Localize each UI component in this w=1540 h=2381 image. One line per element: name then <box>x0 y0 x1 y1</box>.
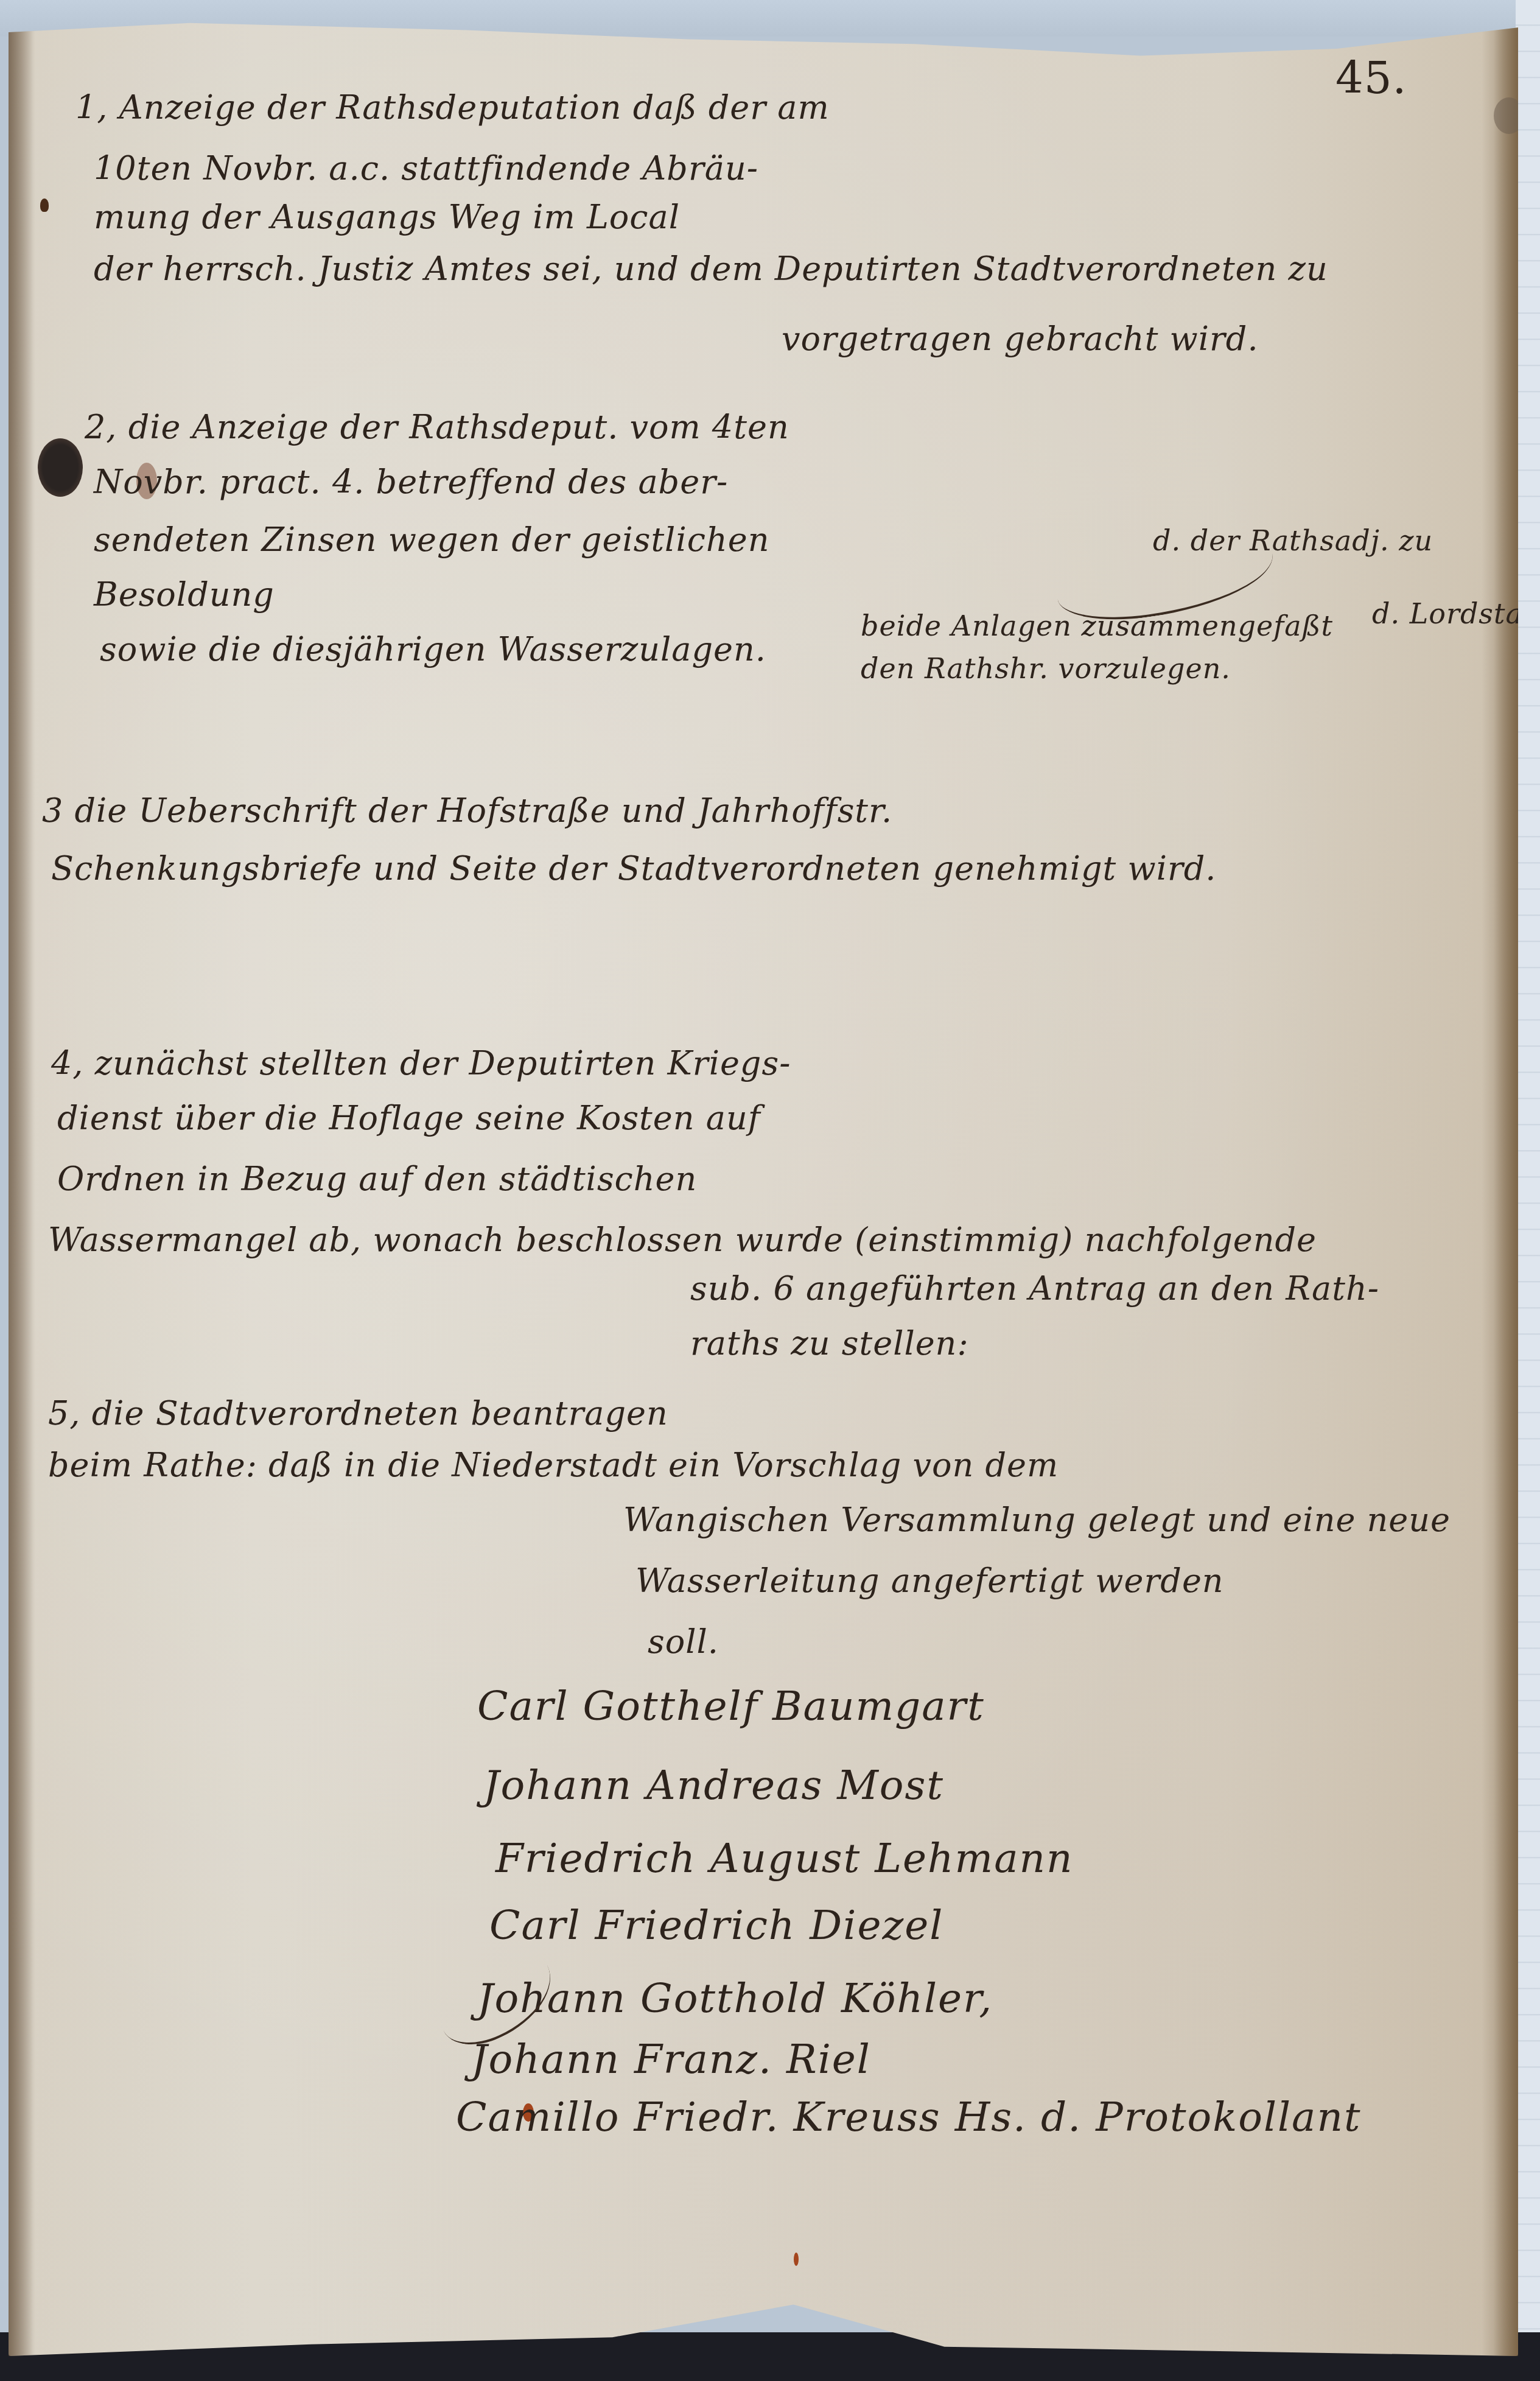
margin-mark <box>40 198 49 212</box>
item-1-line-1: 1, Anzeige der Rathsdeputation daß der a… <box>75 91 830 124</box>
item-2-line-2: Novbr. pract. 4. betreffend des aber- <box>94 466 728 499</box>
item-1-line-3: mung der Ausgangs Weg im Local <box>94 201 680 234</box>
stain-bottom-red <box>794 2253 799 2266</box>
item-3-line-1: 3 die Ueberschrift der Hofstraße und Jah… <box>42 794 892 827</box>
item-4-line-1: 4, zunächst stellten der Deputirten Krie… <box>51 1047 791 1080</box>
item-2-line-5: sowie die diesjährigen Wasserzulagen. <box>100 633 766 666</box>
signature-4: Carl Friedrich Diezel <box>489 1906 943 1946</box>
item-2-line-4: Besoldung <box>94 578 275 611</box>
item-2-margin-note-line-2: den Rathshr. vorzulegen. <box>861 654 1231 682</box>
item-4-line-2: dienst über die Hoflage seine Kosten auf <box>57 1102 761 1135</box>
item-2-margin-note-aside: d. Lordstat. <box>1372 600 1540 628</box>
signature-5: Johann Gotthold Köhler, <box>477 1979 993 2019</box>
signature-2: Johann Andreas Most <box>483 1766 944 1806</box>
backdrop-grid-paper <box>1516 0 1540 2381</box>
item-1-line-2: 10ten Novbr. a.c. stattfindende Abräu- <box>94 152 758 185</box>
item-1-line-5: vorgetragen gebracht wird. <box>782 323 1259 356</box>
item-5-line-1: 5, die Stadtverordneten beantragen <box>48 1397 668 1430</box>
item-5-line-2: beim Rathe: daß in die Niederstadt ein V… <box>48 1449 1059 1482</box>
signature-7: Camillo Friedr. Kreuss Hs. d. Protokolla… <box>456 2097 1362 2137</box>
page-edge-shadow-right <box>1482 18 1518 2356</box>
item-3-line-2: Schenkungsbriefe und Seite der Stadtvero… <box>51 852 1217 885</box>
item-4-line-3: Ordnen in Bezug auf den städtischen <box>57 1163 697 1196</box>
item-2-margin-note-line-1: beide Anlagen zusammengefaßt <box>861 612 1333 640</box>
item-2-line-3: sendeten Zinsen wegen der geistlichen <box>94 524 769 556</box>
folio-number: 45. <box>1335 56 1407 100</box>
signature-6: Johann Franz. Riel <box>471 2039 871 2080</box>
signature-1: Carl Gotthelf Baumgart <box>477 1686 985 1727</box>
page-edge-shadow-left <box>9 18 35 2356</box>
item-4-line-6: raths zu stellen: <box>690 1327 969 1360</box>
item-5-line-4: Wasserleitung angefertigt werden <box>635 1565 1224 1597</box>
item-4-line-5: sub. 6 angeführten Antrag an den Rath- <box>690 1272 1379 1305</box>
item-1-line-4: der herrsch. Justiz Amtes sei, und dem D… <box>94 253 1328 286</box>
manuscript-page: 45. 1, Anzeige der Rathsdeputation daß d… <box>9 18 1518 2356</box>
binding-hole <box>38 438 83 497</box>
item-4-line-4: Wassermangel ab, wonach beschlossen wurd… <box>48 1224 1317 1257</box>
item-5-line-5: soll. <box>648 1625 719 1658</box>
signature-3: Friedrich August Lehmann <box>495 1839 1074 1879</box>
item-5-line-3: Wangischen Versammlung gelegt und eine n… <box>623 1504 1451 1537</box>
item-2-line-1: 2, die Anzeige der Rathsdeput. vom 4ten <box>85 411 789 444</box>
